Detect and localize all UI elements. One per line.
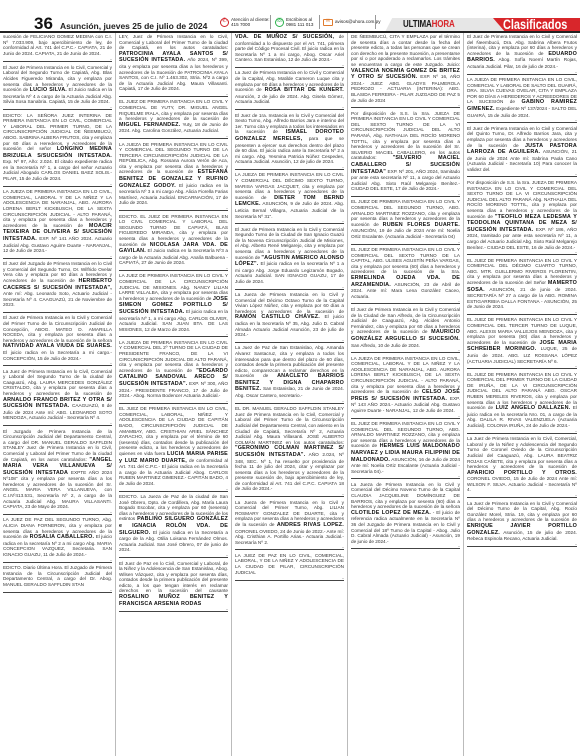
notice-code-mark: – (467, 542, 577, 546)
notice-body: sucesión de FELICIANO GOMEZ MEDINA con C… (3, 34, 112, 56)
classified-notice: EL JUEZ DE PRIMERA INSTANCIA EN LO CIVIL… (351, 246, 460, 304)
notice-body: EL JUEZ DE PRIMERA INSTANCIA EN LO CIVIL… (119, 99, 228, 121)
column-1: sucesión de FELICIANO GOMEZ MEDINA con C… (0, 33, 116, 756)
classified-notice: LA JUEZ DE PRIMERA INSTANCIA EN LO CIVIL… (119, 272, 228, 337)
notice-body: La Juez de Primera Instancia en lo Civil… (3, 369, 112, 396)
notice-body: La Jueza de Primera Instancia en lo Civi… (351, 482, 460, 509)
notice-code-mark: – (235, 576, 344, 580)
brand-logo: ULTIMAHORA (403, 19, 455, 30)
notice-code-mark: – (351, 240, 460, 244)
notice-code-mark: – (119, 607, 228, 611)
notice-code-mark: – (3, 510, 112, 514)
classified-notice: EL JUEZ DE PRIMERA INSTANCIA EN LO CIVIL… (467, 257, 577, 315)
notice-details: Ante mí: Abg. Leonardo Soto, Actuario Ju… (3, 291, 112, 307)
notice-details: CORONEL OVIEDO, 15 de Julio de 2024 Ante… (467, 476, 577, 492)
classified-notice: La Juez de Primera Instancia en lo Civil… (235, 69, 344, 110)
notice-highlight-name: LUCIO SILVA. (30, 87, 67, 93)
notice-body: El Juez de Primera Instancia en lo Civil… (3, 315, 112, 342)
notice-code-mark: – (467, 364, 577, 368)
classified-notice: EDICTO: LA SEÑORA JUEZ INTERINA DE PRIME… (3, 112, 112, 187)
notice-details: Exp. Nº 97, Año: 2.024. El citado expedi… (3, 159, 112, 181)
notice-details: Asunción, 2 de julio de 2024. Abg. Gisel… (235, 94, 344, 105)
notice-body: EL DR. MANUEL GERALDO SAFFLDIN STANLEY J… (235, 406, 344, 445)
classified-notice: La Juez de Paz de San Estanislao, Abg. A… (235, 344, 344, 403)
notice-code-mark: – (351, 348, 460, 352)
notice-highlight-name: APARICIO PORTILLO Y OTROS. (467, 470, 577, 476)
divider (375, 15, 376, 29)
classified-notice: sucesión de FELICIANO GOMEZ MEDINA con C… (3, 33, 112, 62)
notice-code-mark: – (235, 105, 344, 109)
contact-phone: ✆ Atención al cliente: 415 7000 (220, 14, 270, 30)
notice-code-mark: – (467, 70, 577, 74)
notice-highlight-name: VDA. DE MUÑOZ S/ SUCESIÓN, (235, 34, 334, 40)
notice-code-mark: – (3, 588, 112, 592)
notice-highlight-name: CLOTILDE LOPEZ DE MEZA. (351, 510, 431, 516)
notice-body: La Juez de Primera Instancia en lo Civil… (467, 501, 577, 523)
notice-code-mark: – (119, 92, 228, 96)
classified-notice: El Juez de Primera Instancia en lo Civil… (3, 314, 112, 366)
notice-details: EXPTE AÑO 2024 Nº108" cita y emplaza por… (3, 470, 112, 510)
notice-code-mark: – (235, 399, 344, 403)
notice-code-mark: – (467, 118, 577, 122)
classified-notice: LA JUEZA DE PRIMERA INSTANCIA EN LO CIVI… (119, 339, 228, 404)
classified-notice: La Jueza de Primera Instancia en lo Civi… (235, 291, 344, 343)
publication-date: Asunción, jueves 25 de julio de 2024 (60, 21, 207, 31)
email-address: avisos@uhora.com.py (335, 19, 381, 24)
mail-icon: ✉ (323, 19, 333, 26)
notice-code-mark: – (3, 308, 112, 312)
classified-notice: La Jueza de Primera Instancia en lo Civi… (235, 499, 344, 551)
notice-code-mark: – (351, 192, 460, 196)
classified-notice: El Juez de Primera Instancia en lo Civil… (351, 306, 460, 353)
classified-notice: LA JUEZ DE PAZ EN LO CIVIL, COMERCIAL, L… (235, 552, 344, 581)
notice-code-mark: – (235, 545, 344, 549)
notice-code-mark: – (3, 182, 112, 186)
contact-whatsapp: ☏ Escribinos al 0981 111 013 (275, 14, 313, 30)
brand-hora: HORA (432, 19, 455, 30)
notice-code-mark: – (351, 103, 460, 107)
classified-notice: EL DR. MANUEL GERALDO SAFFLDIN STANLEY J… (235, 405, 344, 497)
classified-notice: Por disposición de S.S. la Sra. JUEZA DE… (467, 179, 577, 255)
notice-highlight-name: ANDRES RIVAS LOPEZ. (277, 522, 344, 528)
classified-notice: Por disposición de S.S. la Sra. JUEZA DE… (351, 110, 460, 197)
classified-notice: El Juez de Primera Instancia en lo Civil… (467, 125, 577, 178)
notice-body: Por disposición de S.S. la Sra. JUEZA DE… (351, 111, 460, 161)
notice-body: La Jueza de Primera Instancia en lo Civi… (235, 292, 344, 314)
whatsapp-icon: ☏ (275, 18, 284, 27)
notice-highlight-name: MIGUEL FERNANDEZ. (119, 122, 180, 128)
classified-notice: El Juez de Primera Instancia en lo Civil… (3, 64, 112, 110)
notice-code-mark: – (235, 63, 344, 67)
whatsapp-number: 0981 111 013 (286, 22, 313, 27)
notice-code-mark: – (3, 421, 112, 425)
notice-code-mark: – (3, 558, 112, 562)
section-banner: ULTIMAHORA Clasificados (385, 18, 580, 32)
notice-highlight-name: LUIZ ANGELO DALLAZEN. (496, 405, 571, 411)
page-header: 36 Asunción, jueves 25 de julio de 2024 … (0, 0, 580, 30)
notice-body: La Juez de Primera Instancia en lo Civil… (467, 436, 577, 469)
classified-notice: VDA. DE MUÑOZ S/ SUCESIÓN, de conformida… (235, 33, 344, 68)
classified-notice: El Juez del Juzgado de Primera Instancia… (3, 260, 112, 313)
notice-code-mark: – (351, 474, 460, 478)
notice-code-mark: – (3, 254, 112, 258)
notice-code-mark: – (119, 134, 228, 138)
notice-highlight-name: ROSA BITTAR DE KUNERT. (265, 87, 344, 93)
notice-details: El juicio radica en la Secretaría a mi c… (3, 350, 112, 361)
classified-notice: El Juzgado de Primera Instancia de la Ci… (3, 428, 112, 515)
classified-notice: EDICTO. La Jueza de Paz de la ciudad de … (119, 493, 228, 558)
classified-notice: La Juez de Primera Instancia en lo Civil… (3, 368, 112, 426)
classified-notice: El Juez de 1ra. Instancia en lo Civil y … (235, 112, 344, 170)
divider (270, 15, 271, 29)
notice-highlight-name: ROSALIA CABALLERO. (30, 534, 95, 540)
column-3: VDA. DE MUÑOZ S/ SUCESIÓN, de conformida… (232, 33, 348, 756)
notice-code-mark: – (351, 414, 460, 418)
notice-code-mark: – (119, 332, 228, 336)
classified-notice: EL JUEZ DE PRIMERA INSTANCIA EN LO CIVIL… (467, 371, 577, 434)
classified-notice: La Juez de Primera Instancia en lo Civil… (467, 435, 577, 498)
notice-details: AÑO 2.024, Nº 348, SEC. Nº 1, ha resuelt… (235, 452, 344, 492)
notice-code-mark: – (119, 266, 228, 270)
classified-notice: EL JUEZ DE PRIMERA INSTANCIA EN LO CIVIL… (351, 420, 460, 479)
notice-code-mark: – (467, 310, 577, 314)
classified-notice: LA JUEZA DE PRIMERA INSTANCIA EN LO CIVI… (467, 76, 577, 123)
classified-notice: LA JUEZA DE PRIMERA INSTANCIA EN LO CIVI… (351, 355, 460, 419)
classified-notice: LA JUEZA DE PRIMERA INSTANCIA EN LO CIVI… (119, 141, 228, 212)
classified-notice: EL JUEZ DE PRIMERA INSTANCIA EN LO CIVIL… (119, 405, 228, 491)
notice-code-mark: – (119, 487, 228, 491)
notice-details: San Alfredo, 10 de Julio de 2024. (351, 343, 420, 348)
classified-notice: LEY, Juez de Primera Instancia en lo Civ… (119, 33, 228, 97)
classified-notice: La Juez de Primera Instancia en lo Civil… (467, 500, 577, 547)
column-4: DE ÑEEMBUCÚ, CITA Y EMPLAZA por el térmi… (348, 33, 464, 756)
notice-code-mark: – (235, 219, 344, 223)
notice-code-mark: – (119, 206, 228, 210)
classified-notice: EDICTO. EL JUEZ DE PRIMERA INSTANCIA EN … (119, 213, 228, 271)
notice-code-mark: – (467, 250, 577, 254)
classified-notice: EL JUEZ DE PRIMERA INSTANCIA EN LO CIVIL… (351, 198, 460, 244)
notice-code-mark: – (3, 105, 112, 109)
notice-body: DE ÑEEMBUCÚ, CITA Y EMPLAZA por el térmi… (351, 34, 460, 67)
notice-code-mark: – (467, 172, 577, 176)
classified-notice: LA JUEZA DE PRIMERA INSTANCIA EN LO CIVI… (235, 171, 344, 224)
notice-code-mark: – (351, 544, 460, 548)
phone-number: 415 7000 (231, 22, 270, 27)
notice-details: ASUNCIÓN, 19 de Julio de 2024 Ante mí: N… (351, 228, 460, 239)
notice-highlight-name: RUBEN FLORES DUARTE. (383, 222, 460, 228)
notice-body: El Juez de Paz en lo Civil, Comercial y … (119, 561, 228, 594)
classified-notice: EDICTO. Diario Última Hora. El Juzgado d… (3, 564, 112, 593)
column-5: El Juez de Primera Instancia en lo Civil… (464, 33, 580, 756)
notice-body: LA JUEZ DE PRIMERA INSTANCIA EN LO CIVIL… (119, 273, 228, 300)
notice-code-mark: – (351, 299, 460, 303)
notice-code-mark: – (235, 492, 344, 496)
brand-ultima: ULTIMA (403, 19, 432, 30)
notice-body: EL JUEZ DE PRIMERA INSTANCIA EN LO CIVIL… (351, 247, 460, 274)
notice-code-mark: – (235, 285, 344, 289)
phone-icon: ✆ (220, 18, 229, 27)
notice-code-mark: – (119, 553, 228, 557)
classified-notice: LA JUEZ DE PAZ DEL SEGUNDO TURNO, Abg. A… (3, 516, 112, 562)
classified-notice: La Jueza de Primera Instancia en lo Civi… (351, 481, 460, 550)
notice-code-mark: – (119, 399, 228, 403)
notice-body: LEY, Juez de Primera Instancia en lo Civ… (119, 34, 228, 50)
notice-code-mark: – (467, 429, 577, 433)
classifieds-columns: sucesión de FELICIANO GOMEZ MEDINA con C… (0, 33, 580, 756)
classified-notice: EL JUEZ DE PRIMERA INSTANCIA EN LO CIVIL… (119, 98, 228, 139)
section-title: Clasificados (503, 16, 567, 32)
notice-body: EL JUEZ DE PRIMERA INSTANCIA EN LO CIVIL… (119, 406, 228, 456)
notice-code-mark: – (235, 165, 344, 169)
classified-notice: LA JUEZA DE PRIMERA INSTANCIA EN LO CIVI… (3, 188, 112, 259)
classified-notice: El Juez de Paz en lo Civil, Comercial y … (119, 560, 228, 613)
notice-code-mark: – (235, 338, 344, 342)
notice-code-mark: – (467, 493, 577, 497)
notice-details: CORONEL OVIEDO, 24 de Junio de 2022.- An… (235, 529, 344, 545)
classified-notice: El Juez de Primera Instancia en lo Civil… (235, 226, 344, 290)
classified-notice: DE ÑEEMBUCÚ, CITA Y EMPLAZA por el térmi… (351, 33, 460, 108)
column-2: LEY, Juez de Primera Instancia en lo Civ… (116, 33, 232, 756)
contact-email: ✉ avisos@uhora.com.py (323, 14, 381, 30)
notice-code-mark: – (3, 57, 112, 61)
notice-body: EDICTO. Diario Última Hora. El Juzgado d… (3, 565, 112, 587)
notice-body: LA JUEZ DE PAZ EN LO CIVIL, COMERCIAL, L… (235, 553, 344, 575)
divider (319, 15, 320, 29)
classified-notice: El Juez de Primera Instancia en lo Civil… (467, 33, 577, 75)
notice-highlight-name: NATIVIDAD AYALA VIUDA DE SUARES. (3, 343, 112, 349)
notice-code-mark: – (3, 361, 112, 365)
classified-notice: EL JUEZ DE PRIMERA INSTANCIA EN LO CIVIL… (467, 316, 577, 369)
notice-highlight-name: ROSALINO MUÑOZ BENITEZ Y FRANCISCA ARSEN… (119, 594, 228, 607)
notice-highlight-name: RAMÓN CASTILLO CHÁVEZ. (235, 314, 320, 320)
